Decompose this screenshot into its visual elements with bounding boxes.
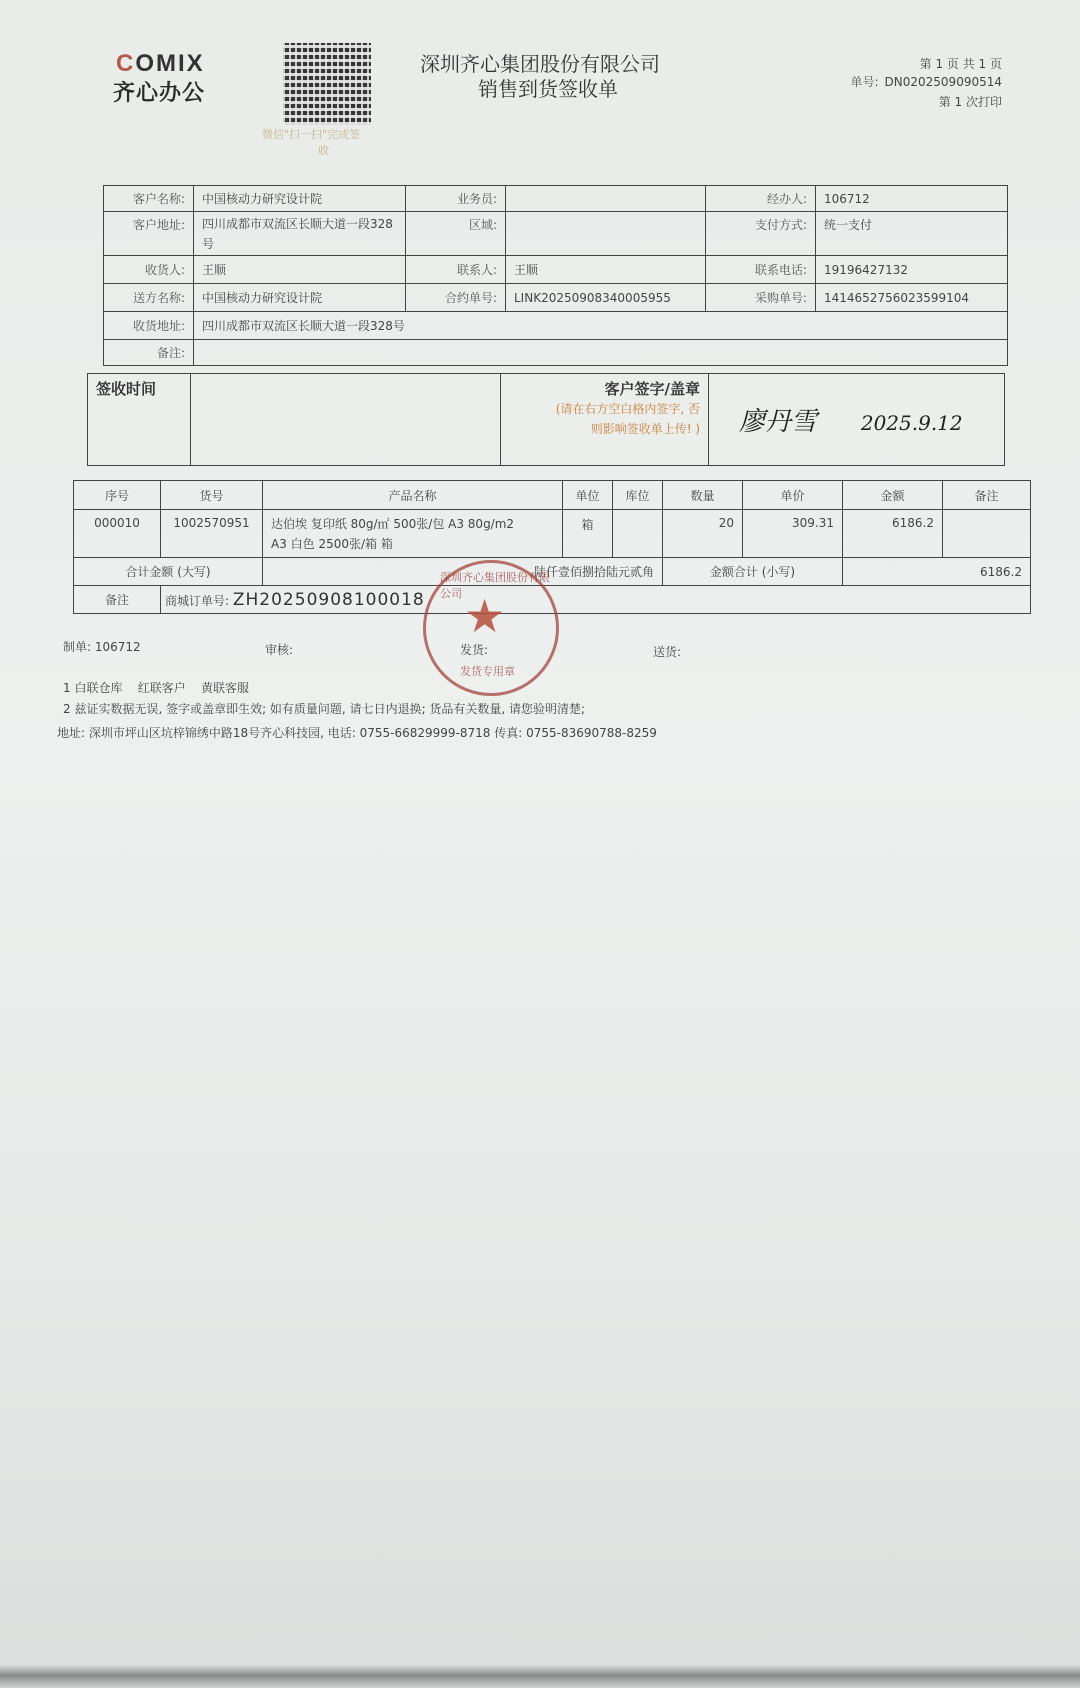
sign-note-1: (请在右方空白格内签字, 否 [509, 399, 700, 419]
item-name-line-1: 达伯埃 复印纸 80g/㎡ 500张/包 A3 80g/m2 [271, 514, 554, 534]
payment-label: 支付方式: [706, 212, 816, 256]
mall-order-label: 商城订单号: [165, 594, 229, 608]
contract-label: 合约单号: [406, 284, 506, 312]
print-count: 第 1 次打印 [939, 93, 1002, 110]
maker-value: 106712 [95, 640, 141, 654]
footer-note-1: 1 白联仓库 红联客户 黄联客服 [63, 679, 249, 696]
items-remark-label: 备注 [74, 586, 161, 614]
items-header-row: 序号 货号 产品名称 单位 库位 数量 单价 金额 备注 [74, 481, 1031, 510]
customer-address: 四川成都市双流区长顺大道一段328号 [194, 212, 406, 256]
purchase-number: 1414652756023599104 [816, 284, 1008, 312]
consignee: 王顺 [194, 256, 406, 284]
table-row: 000010 1002570951 达伯埃 复印纸 80g/㎡ 500张/包 A… [74, 510, 1031, 558]
item-amount: 6186.2 [843, 510, 943, 558]
handler: 106712 [816, 186, 1008, 212]
handler-label: 经办人: [706, 186, 816, 212]
mall-order-cell: 商城订单号: ZH20250908100018 [161, 586, 1031, 614]
item-location [613, 510, 663, 558]
handwritten-date: 2025.9.12 [861, 411, 963, 435]
maker: 制单: 106712 [63, 638, 141, 655]
item-sku: 1002570951 [161, 510, 263, 558]
info-row: 收货人: 王顺 联系人: 王顺 联系电话: 19196427132 [104, 256, 1008, 284]
sign-label-cell: 客户签字/盖章 (请在右方空白格内签字, 否 则影响签收单上传! ) [501, 374, 709, 466]
company-seal: 深圳齐心集团股份有限公司 ★ 发货专用章 [423, 560, 559, 696]
contact-label: 联系人: [406, 256, 506, 284]
col-amount: 金额 [843, 481, 943, 510]
col-price: 单价 [743, 481, 843, 510]
star-icon: ★ [464, 589, 505, 643]
paper-bottom-edge [0, 1665, 1080, 1688]
qr-caption: 微信"扫一扫"完成签 [262, 126, 360, 142]
logo-text: OMIX [135, 50, 204, 77]
doc-number-label: 单号: [850, 75, 878, 89]
delivery-address: 四川成都市双流区长顺大道一段328号 [194, 312, 1008, 340]
phone: 19196427132 [816, 256, 1008, 284]
item-unit: 箱 [563, 510, 613, 558]
maker-label: 制单: [63, 640, 91, 654]
document-paper: COMIX 齐心办公 微信"扫一扫"完成签 收 深圳齐心集团股份有限公司 销售到… [0, 0, 1080, 1688]
contract-number: LINK20250908340005955 [506, 284, 706, 312]
col-qty: 数量 [663, 481, 743, 510]
item-name-line-2: A3 白色 2500张/箱 箱 [271, 534, 554, 554]
comix-logo: COMIX [116, 50, 205, 78]
handwritten-signature: 廖丹雪 [739, 407, 817, 437]
item-seq: 000010 [74, 510, 161, 558]
sign-label: 客户签字/盖章 [509, 378, 700, 399]
salesman [506, 186, 706, 212]
sign-note-2: 则影响签收单上传! ) [509, 419, 700, 439]
total-lower: 6186.2 [843, 558, 1031, 586]
consignee-label: 收货人: [104, 256, 194, 284]
item-qty: 20 [663, 510, 743, 558]
info-row: 客户地址: 四川成都市双流区长顺大道一段328号 区域: 支付方式: 统一支付 [104, 212, 1008, 256]
seal-subtext: 发货专用章 [460, 663, 515, 679]
customer-name: 中国核动力研究设计院 [194, 186, 406, 212]
customer-info-table: 客户名称: 中国核动力研究设计院 业务员: 经办人: 106712 客户地址: … [103, 185, 1008, 366]
col-unit: 单位 [563, 481, 613, 510]
phone-label: 联系电话: [706, 256, 816, 284]
signature-field[interactable]: 廖丹雪 2025.9.12 [709, 374, 1005, 466]
remark [194, 340, 1008, 366]
remark-label: 备注: [104, 340, 194, 366]
info-row: 客户名称: 中国核动力研究设计院 业务员: 经办人: 106712 [104, 186, 1008, 212]
col-location: 库位 [613, 481, 663, 510]
salesman-label: 业务员: [406, 186, 506, 212]
mall-order-number: ZH20250908100018 [233, 590, 425, 610]
total-lower-label: 金额合计 (小写) [663, 558, 843, 586]
footer-address: 地址: 深圳市坪山区坑梓锦绣中路18号齐心科技园, 电话: 0755-66829… [57, 724, 657, 741]
region-label: 区域: [406, 212, 506, 256]
footer-note-2: 2 兹证实数据无误, 签字或盖章即生效; 如有质量问题, 请七日内退换; 货品有… [63, 700, 585, 717]
qr-caption-2: 收 [318, 142, 329, 158]
col-product-name: 产品名称 [263, 481, 563, 510]
customer-name-label: 客户名称: [104, 186, 194, 212]
signature-table: 签收时间 客户签字/盖章 (请在右方空白格内签字, 否 则影响签收单上传! ) … [87, 373, 1005, 466]
item-price: 309.31 [743, 510, 843, 558]
deliver-label: 送货: [653, 643, 681, 660]
info-row: 收货地址: 四川成都市双流区长顺大道一段328号 [104, 312, 1008, 340]
col-remark: 备注 [943, 481, 1031, 510]
sign-time-label: 签收时间 [88, 374, 191, 466]
sign-time-field[interactable] [191, 374, 501, 466]
page-info: 第 1 页 共 1 页 [920, 55, 1002, 72]
brand-cn: 齐心办公 [113, 76, 205, 107]
doc-number-value: DN0202509090514 [885, 75, 1002, 89]
item-remark [943, 510, 1031, 558]
payment-method: 统一支付 [816, 212, 1008, 256]
document-title: 销售到货签收单 [478, 73, 618, 102]
purchase-label: 采购单号: [706, 284, 816, 312]
col-seq: 序号 [74, 481, 161, 510]
total-upper-label: 合计金额 (大写) [74, 558, 263, 586]
doc-number: 单号:DN0202509090514 [850, 73, 1002, 90]
ship-to-label: 送方名称: [104, 284, 194, 312]
logo-c-mark: C [116, 50, 135, 77]
delivery-address-label: 收货地址: [104, 312, 194, 340]
review-label: 审核: [265, 641, 293, 658]
qr-code-icon[interactable] [283, 43, 371, 125]
info-row: 送方名称: 中国核动力研究设计院 合约单号: LINK2025090834000… [104, 284, 1008, 312]
customer-address-label: 客户地址: [104, 212, 194, 256]
region [506, 212, 706, 256]
info-row: 备注: [104, 340, 1008, 366]
ship-to: 中国核动力研究设计院 [194, 284, 406, 312]
contact: 王顺 [506, 256, 706, 284]
item-name: 达伯埃 复印纸 80g/㎡ 500张/包 A3 80g/m2 A3 白色 250… [263, 510, 563, 558]
signature-row: 签收时间 客户签字/盖章 (请在右方空白格内签字, 否 则影响签收单上传! ) … [88, 374, 1005, 466]
col-sku: 货号 [161, 481, 263, 510]
